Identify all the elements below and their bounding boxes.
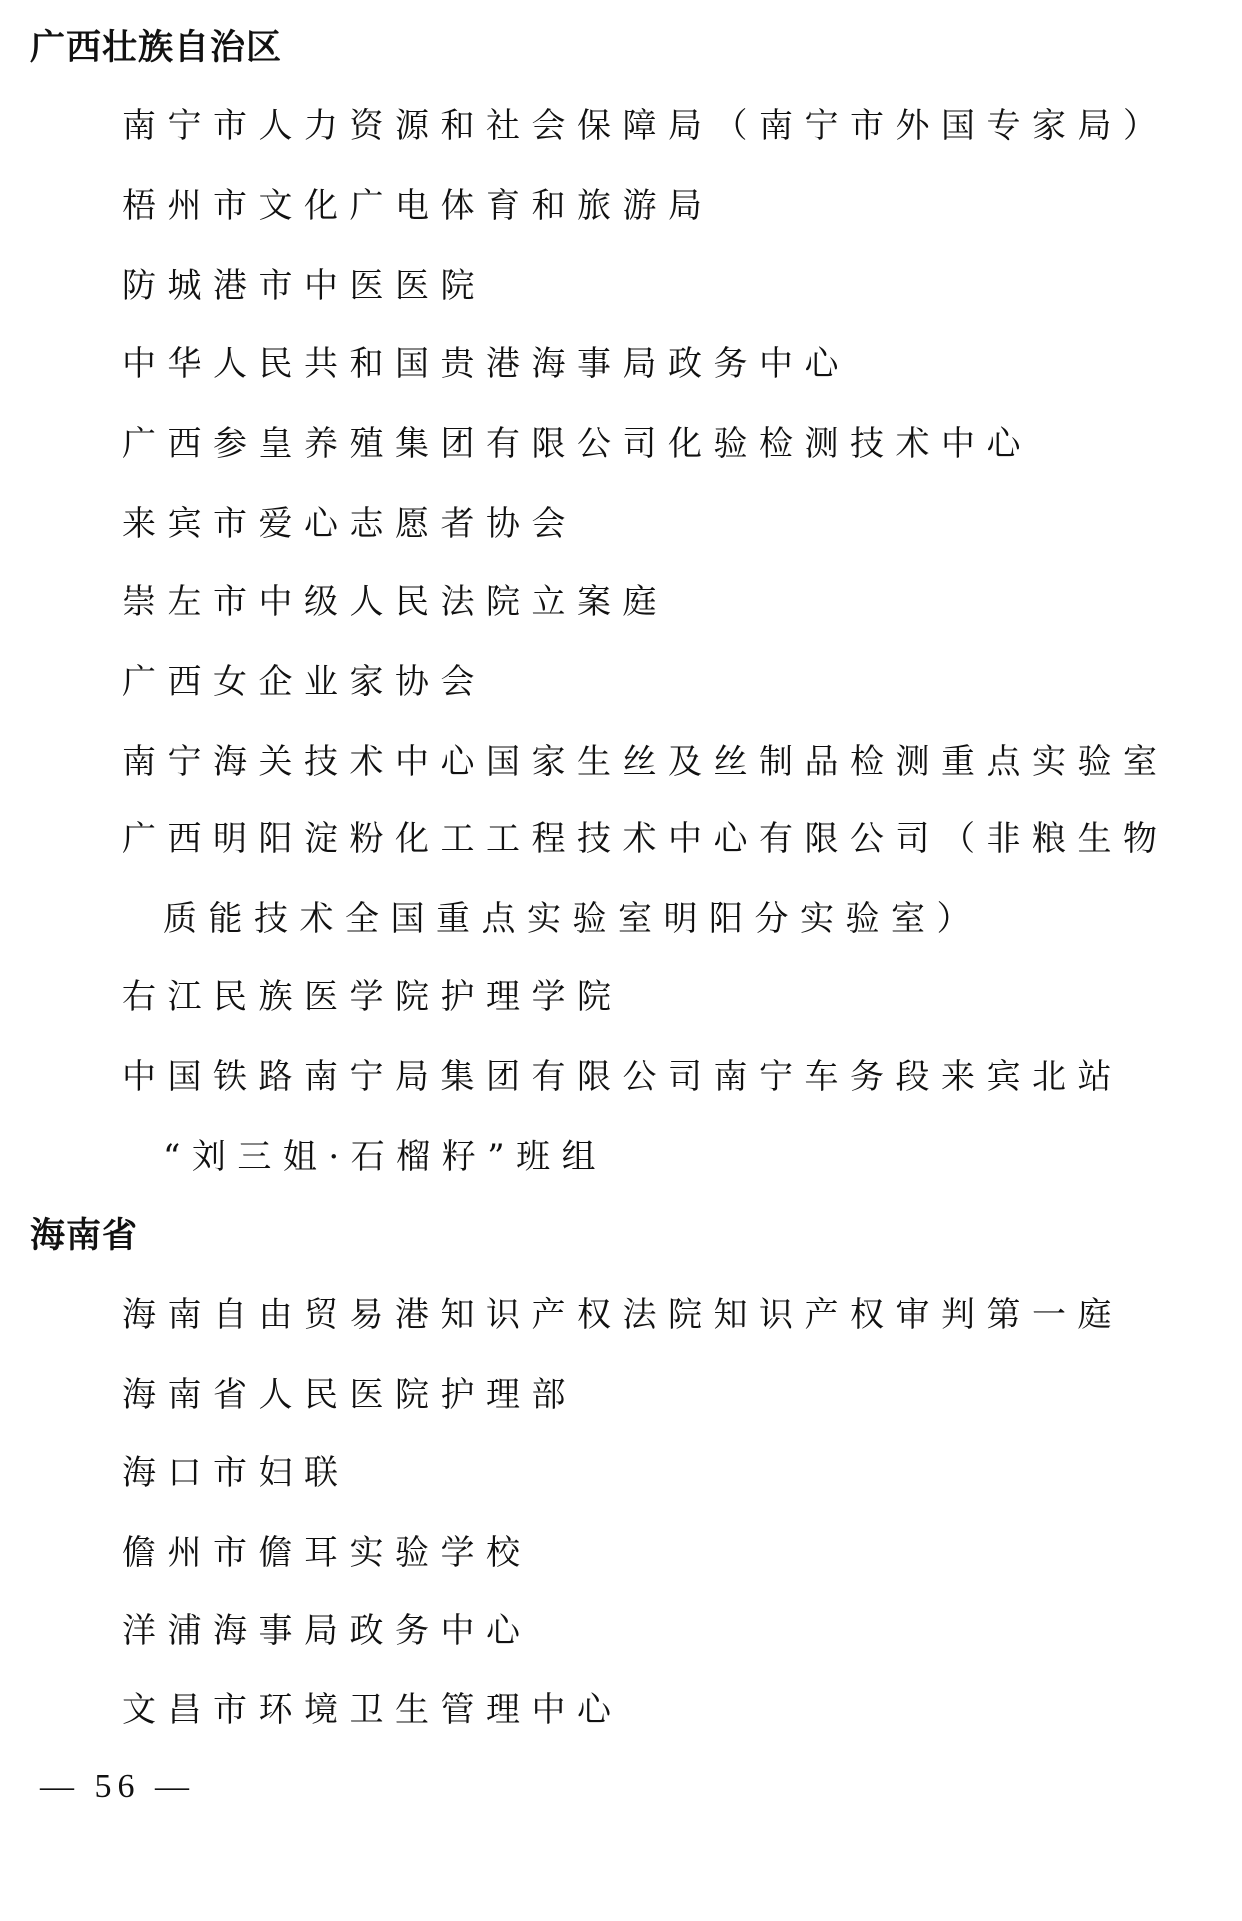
list-item: 儋州市儋耳实验学校: [122, 1536, 532, 1570]
list-item: 南宁市人力资源和社会保障局（南宁市外国专家局）: [122, 109, 1169, 143]
section-heading-guangxi: 广西壮族自治区: [30, 31, 282, 66]
list-item: 来宾市爱心志愿者协会: [122, 507, 577, 541]
list-item-continuation: 质能技术全国重点实验室明阳分实验室）: [163, 902, 982, 936]
section-heading-hainan: 海南省: [30, 1219, 138, 1254]
list-item: 中国铁路南宁局集团有限公司南宁车务段来宾北站: [122, 1060, 1123, 1094]
list-item: 海口市妇联: [122, 1456, 350, 1490]
list-item-continuation: “刘三姐·石榴籽”班组: [163, 1140, 607, 1174]
list-item: 广西参皇养殖集团有限公司化验检测技术中心: [122, 427, 1032, 461]
list-item: 南宁海关技术中心国家生丝及丝制品检测重点实验室: [122, 745, 1169, 779]
page-number: — 56 —: [40, 1770, 195, 1804]
list-item: 海南省人民医院护理部: [122, 1378, 577, 1412]
list-item: 洋浦海事局政务中心: [122, 1614, 532, 1648]
list-item: 海南自由贸易港知识产权法院知识产权审判第一庭: [122, 1298, 1123, 1332]
list-item: 文昌市环境卫生管理中心: [122, 1693, 623, 1727]
list-item: 梧州市文化广电体育和旅游局: [122, 189, 714, 223]
list-item: 广西明阳淀粉化工工程技术中心有限公司（非粮生物: [122, 822, 1169, 856]
list-item: 右江民族医学院护理学院: [122, 980, 623, 1014]
list-item: 防城港市中医医院: [122, 269, 486, 303]
list-item: 崇左市中级人民法院立案庭: [122, 585, 668, 619]
list-item: 广西女企业家协会: [122, 665, 486, 699]
list-item: 中华人民共和国贵港海事局政务中心: [122, 347, 850, 381]
